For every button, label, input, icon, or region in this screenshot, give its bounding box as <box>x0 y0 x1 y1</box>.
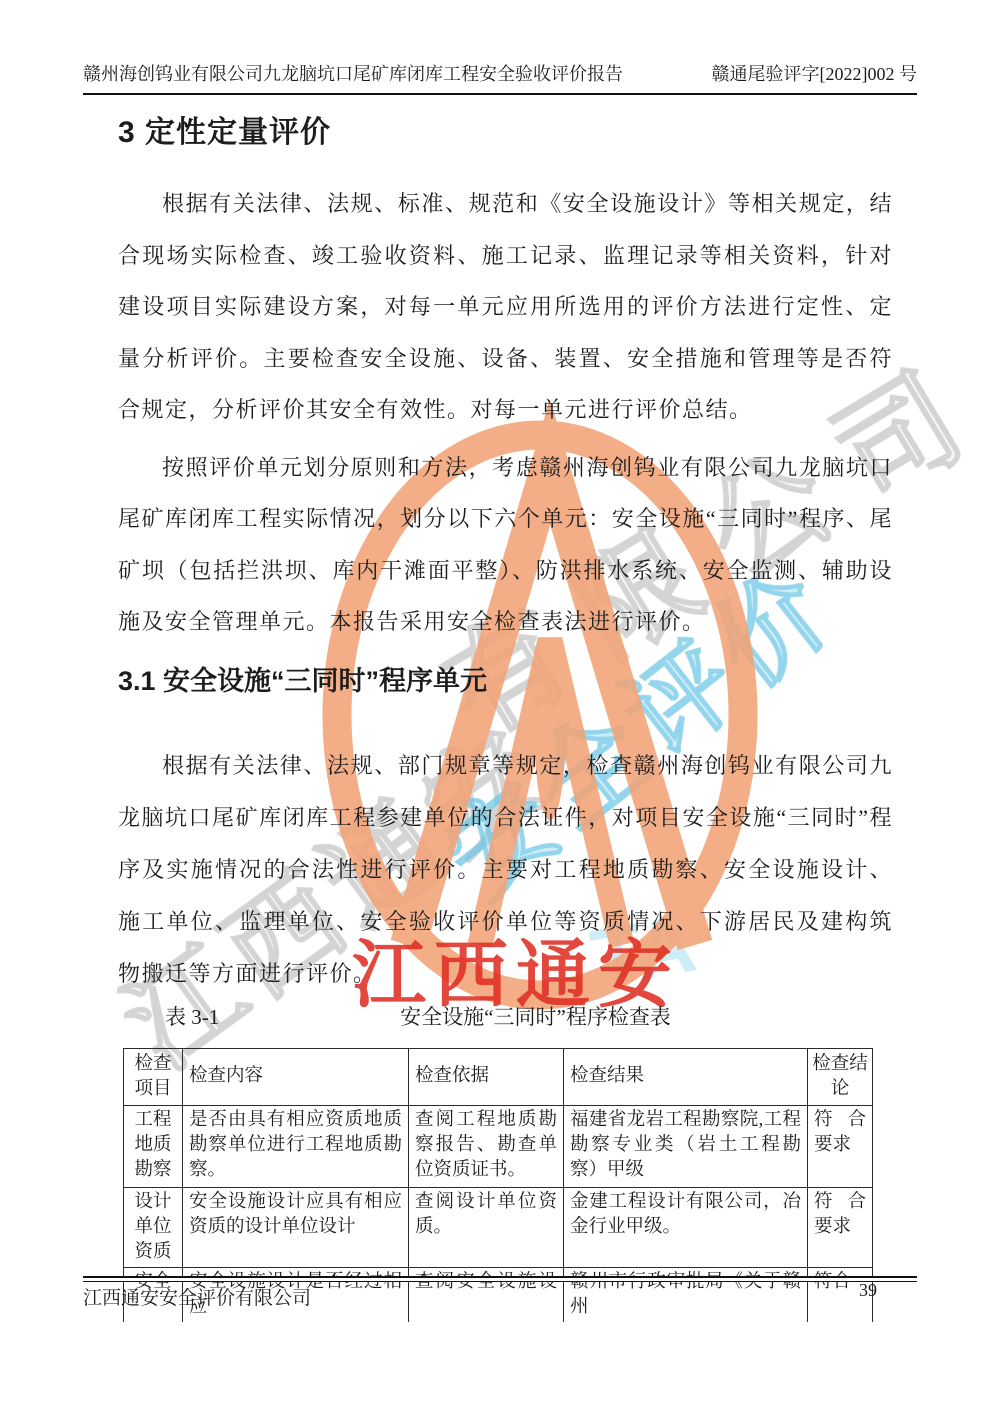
cell-result: 福建省龙岩工程勘察院,工程勘察专业类（岩土工程勘察）甲级 <box>564 1105 808 1187</box>
paragraph-2: 按照评价单元划分原则和方法，考虑赣州海创钨业有限公司九龙脑坑口尾矿库闭库工程实际… <box>118 442 893 648</box>
cell-item: 设计单位资质 <box>124 1187 183 1267</box>
table-caption: 表 3-1 安全设施“三同时”程序检查表 <box>118 1004 893 1030</box>
header-cell-content: 检查内容 <box>183 1048 409 1105</box>
cell-basis: 查阅工程地质勘察报告、勘查单位资质证书。 <box>409 1105 564 1187</box>
header-cell-item: 检查项目 <box>124 1048 183 1105</box>
cell-result: 金建工程设计有限公司，冶金行业甲级。 <box>564 1187 808 1267</box>
cell-basis: 查阅设计单位资质。 <box>409 1187 564 1267</box>
footer-rule <box>83 1276 917 1282</box>
header-cell-basis: 检查依据 <box>409 1048 564 1105</box>
table-row: 工程地质勘察 是否由具有相应资质地质勘察单位进行工程地质勘察。 查阅工程地质勘察… <box>124 1105 873 1187</box>
footer-company-name: 江西通安安全评价有限公司 <box>83 1283 311 1310</box>
cell-conclusion: 符合要求 <box>808 1187 873 1267</box>
page-number: 39 <box>859 1280 877 1307</box>
content-layer: 赣州海创钨业有限公司九龙脑坑口尾矿库闭库工程安全验收评价报告 赣通尾验评字[20… <box>0 0 992 1403</box>
cell-item: 工程地质勘察 <box>124 1105 183 1187</box>
header-cell-conclusion: 检查结论 <box>808 1048 873 1105</box>
cell-conclusion: 符合要求 <box>808 1105 873 1187</box>
chapter-heading: 3 定性定量评价 <box>118 115 893 151</box>
table-row: 设计单位资质 安全设施设计应具有相应资质的设计单位设计 查阅设计单位资质。 金建… <box>124 1187 873 1267</box>
table-caption-label: 表 3-1 <box>165 1004 219 1030</box>
table-header-row: 检查项目 检查内容 检查依据 检查结果 检查结论 <box>124 1048 873 1105</box>
header-cell-result: 检查结果 <box>564 1048 808 1105</box>
page-body: 3 定性定量评价 根据有关法律、法规、标准、规范和《安全设施设计》等相关规定，结… <box>118 0 893 1322</box>
document-page: 江西通安 有限公司 安全评价 TA 江西通安 赣州海创钨业有限公司九龙脑坑口尾矿… <box>0 0 992 1403</box>
cell-content: 安全设施设计应具有相应资质的设计单位设计 <box>183 1187 409 1267</box>
cell-content: 是否由具有相应资质地质勘察单位进行工程地质勘察。 <box>183 1105 409 1187</box>
page-footer: 江西通安安全评价有限公司 39 <box>83 1283 917 1310</box>
table-caption-title: 安全设施“三同时”程序检查表 <box>400 1005 671 1029</box>
paragraph-1: 根据有关法律、法规、标准、规范和《安全设施设计》等相关规定，结合现场实际检查、竣… <box>118 178 893 436</box>
paragraph-3: 根据有关法律、法规、部门规章等规定，检查赣州海创钨业有限公司九龙脑坑口尾矿库闭库… <box>118 740 893 1000</box>
section-heading: 3.1 安全设施“三同时”程序单元 <box>118 664 893 698</box>
